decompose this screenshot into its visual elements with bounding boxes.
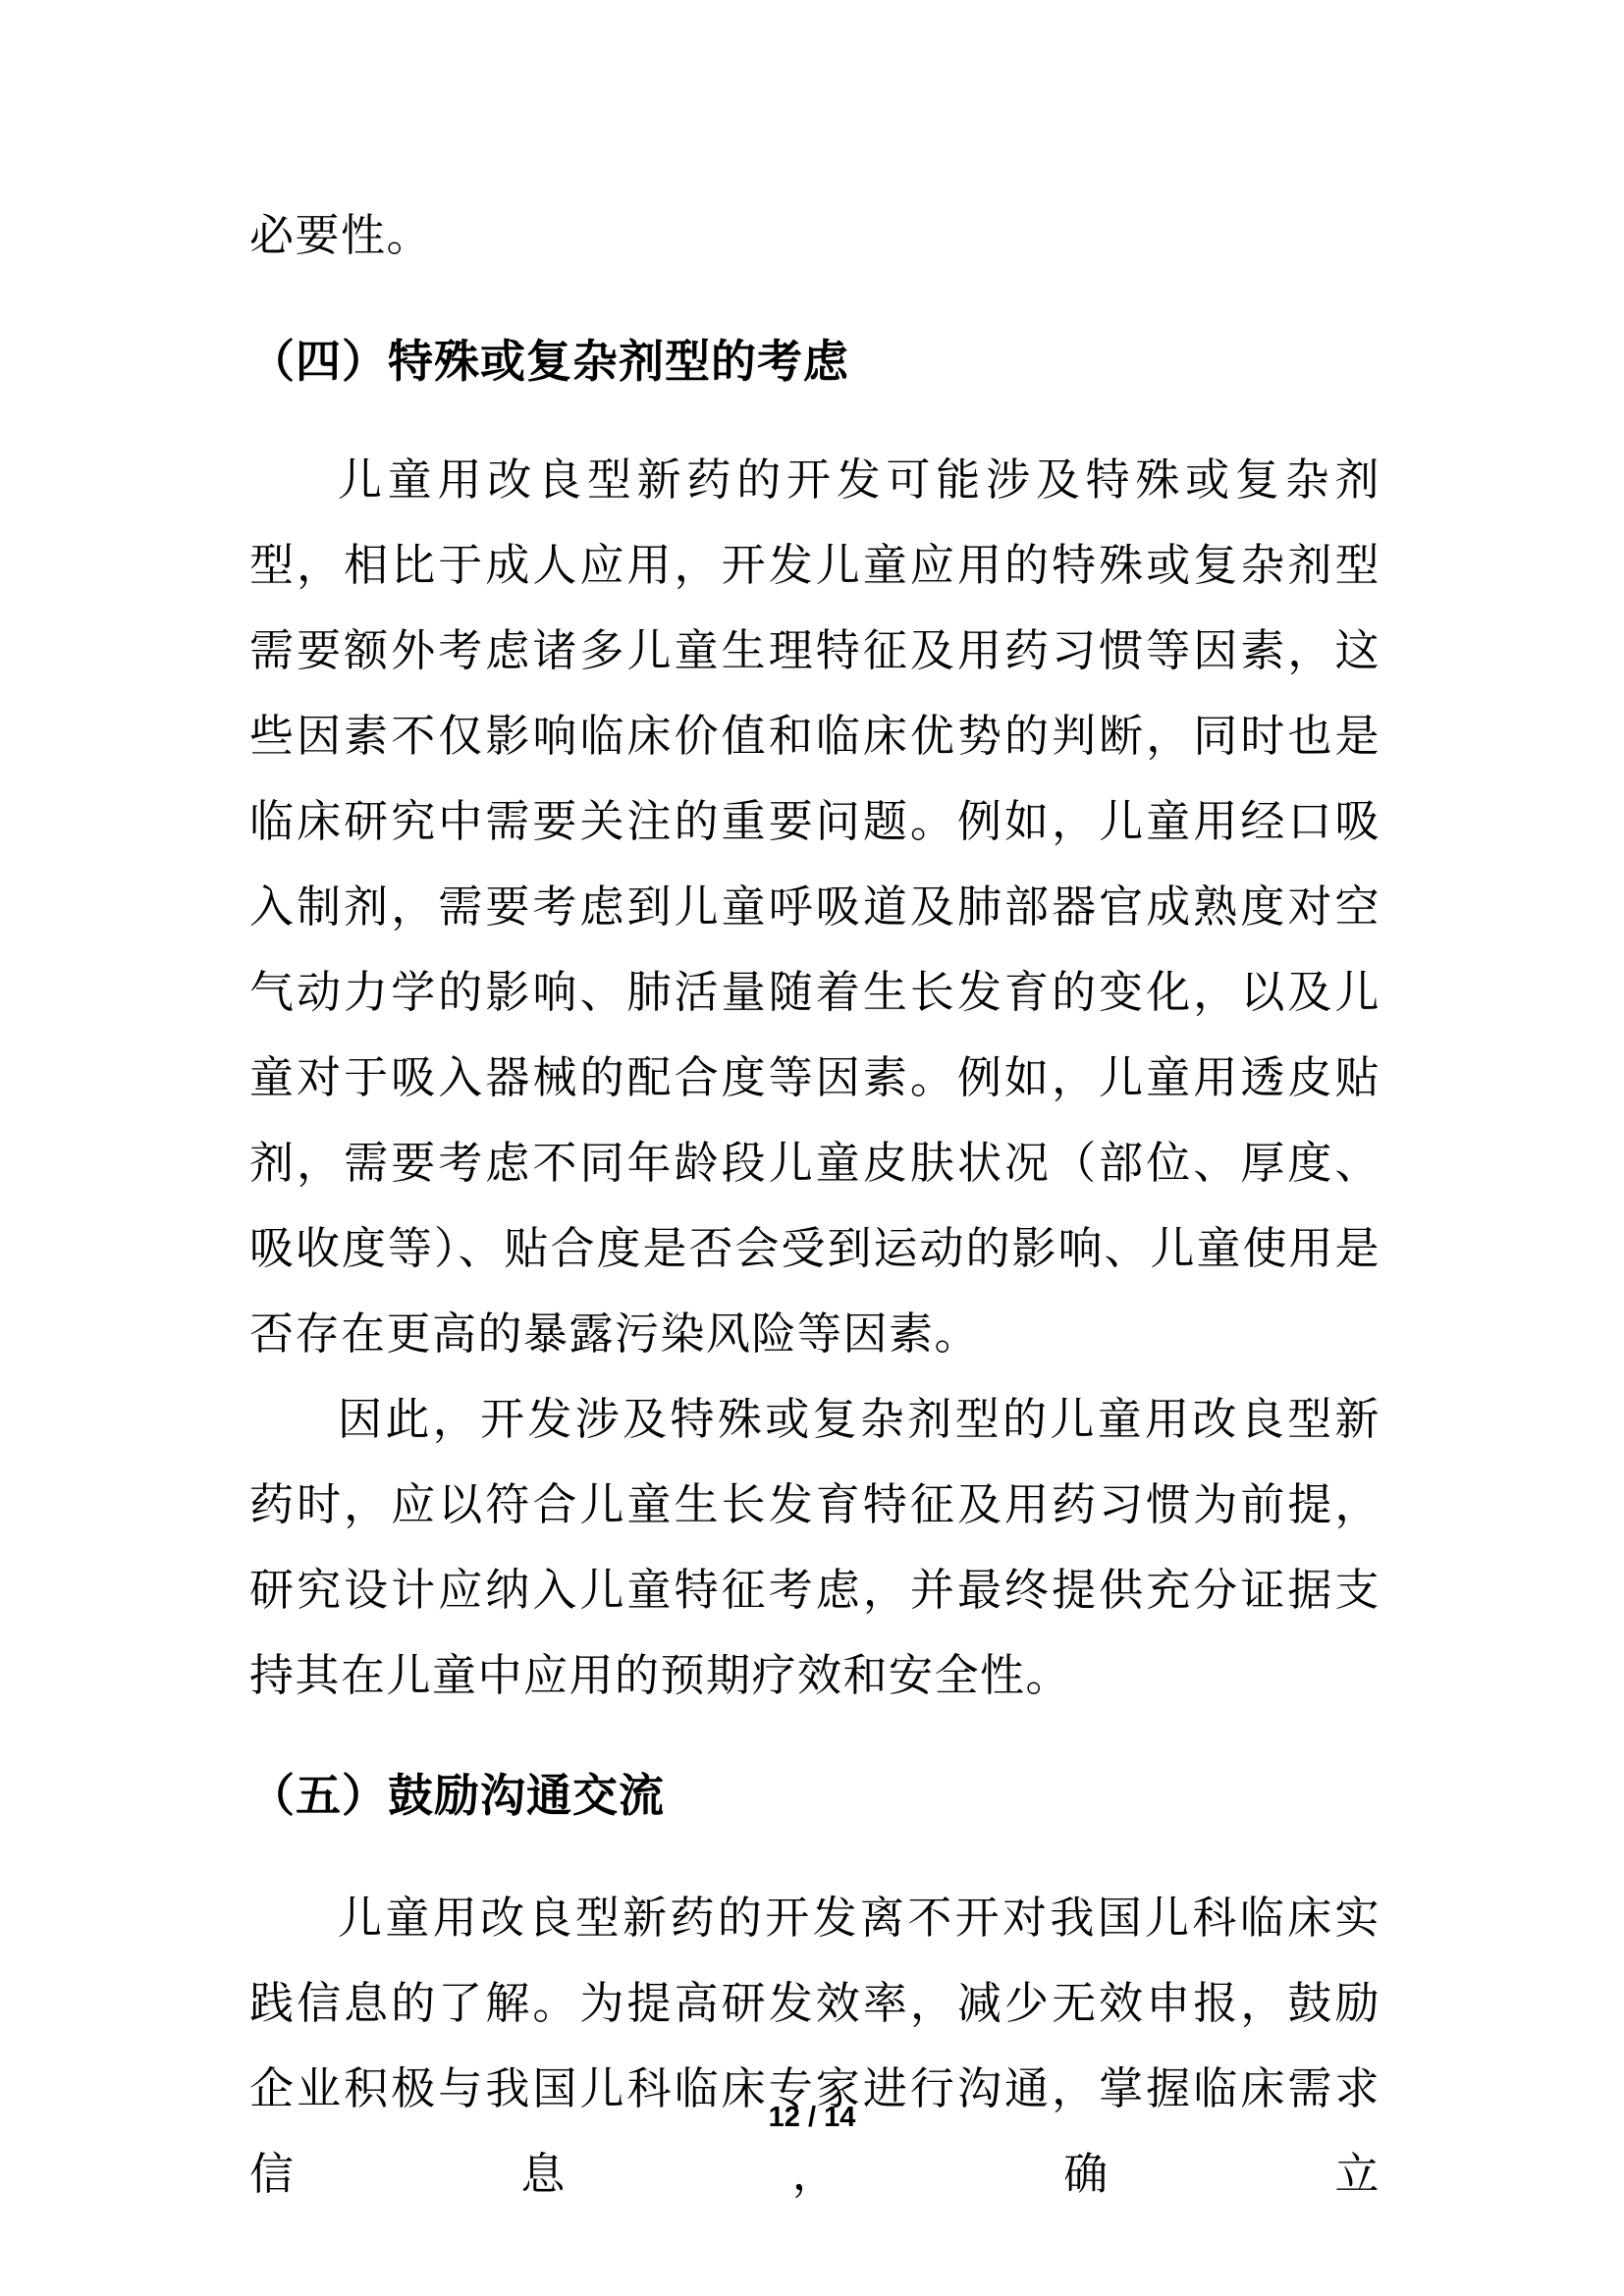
paragraph-conclusion-special-dosage: 因此，开发涉及特殊或复杂剂型的儿童用改良型新药时，应以符合儿童生长发育特征及用药… xyxy=(249,1377,1380,1719)
paragraph-communication-encouragement: 儿童用改良型新药的开发离不开对我国儿科临床实践信息的了解。为提高研发效率，减少无… xyxy=(249,1876,1380,2217)
page-number: 12 / 14 xyxy=(0,2101,1624,2134)
document-body: 必要性。 （四）特殊或复杂剂型的考虑 儿童用改良型新药的开发可能涉及特殊或复杂剂… xyxy=(249,0,1380,2217)
paragraph-continuation: 必要性。 xyxy=(249,193,1380,279)
section-heading-4: （四）特殊或复杂剂型的考虑 xyxy=(249,332,1380,391)
paragraph-special-dosage-forms: 儿童用改良型新药的开发可能涉及特殊或复杂剂型，相比于成人应用，开发儿童应用的特殊… xyxy=(249,438,1380,1377)
document-page: 必要性。 （四）特殊或复杂剂型的考虑 儿童用改良型新药的开发可能涉及特殊或复杂剂… xyxy=(0,0,1624,2296)
section-heading-5: （五）鼓励沟通交流 xyxy=(249,1766,1380,1825)
